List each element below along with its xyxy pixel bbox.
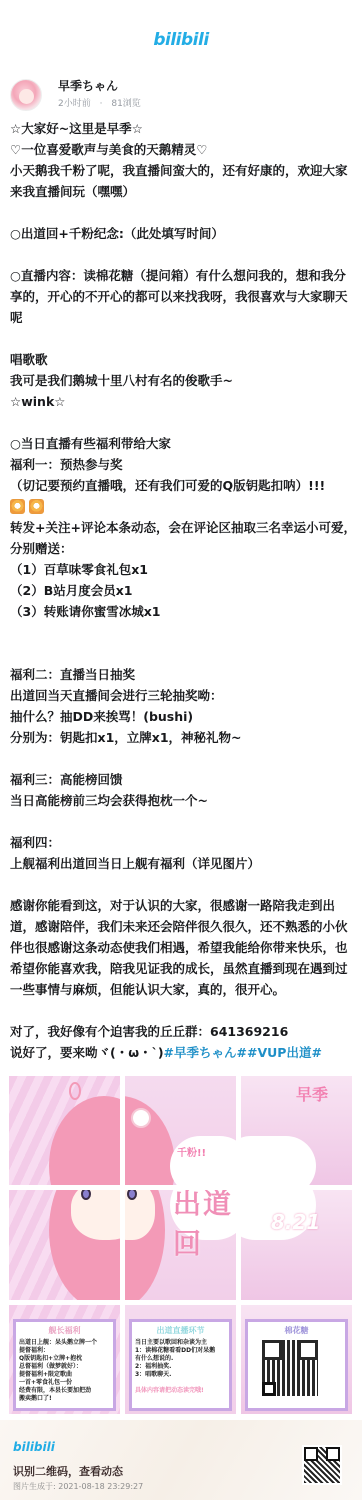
share-footer: bilibili 识别二维码，查看动态 图片生成于: 2021-08-18 23… [0, 1420, 362, 1500]
bilibili-emoji-icon [29, 499, 44, 514]
post-line: 分别为：钥匙扣x1，立牌x1，神秘礼物~ [10, 727, 356, 748]
post-meta: 2小时前 · 81浏览 [58, 97, 141, 111]
post-line: （2）B站月度会员x1 [10, 580, 356, 601]
image-tile[interactable]: 棉花糖 [241, 1305, 352, 1414]
image-tile[interactable]: 千粉!! [125, 1076, 236, 1185]
post-line: 抽什么？抽DD来挨骂！(bushi) [10, 706, 356, 727]
image-tile[interactable] [9, 1076, 120, 1185]
post-line: （3）转账请你蜜雪冰城x1 [10, 601, 356, 622]
banner-title: 出道回 [173, 1190, 236, 1262]
banner-small-text: 千粉!! [177, 1144, 206, 1159]
post-line: 福利四： [10, 832, 356, 853]
topic-link[interactable]: #早季ちゃん# [164, 1045, 247, 1060]
paragraph-gap [10, 328, 356, 349]
post-line: 唱歌歌 [10, 349, 356, 370]
avatar[interactable] [10, 79, 42, 111]
stream-segments-card: 出道直播环节 当日主要以歌回和杂谈为主 1：读棉花糖看看DD们对呆鹅 有什么想说… [129, 1319, 232, 1411]
post-line: 对了，我好像有个迫害我的丘丘群：641369216 [10, 1021, 356, 1042]
image-tile[interactable]: 出道回 [125, 1190, 236, 1299]
share-qr-code[interactable] [302, 1445, 342, 1485]
post-line: （1）百草味零食礼包x1 [10, 559, 356, 580]
post-line: ○直播内容：读棉花糖（提问箱）有什么想问我的，想和我分享的，开心的不开心的都可以… [10, 265, 356, 328]
image-tile[interactable] [9, 1190, 120, 1299]
post-content: ☆大家好~这里是早季☆♡一位喜爱歌声与美食的天鹅精灵♡小天鹅我千粉了呢，我直播间… [10, 118, 356, 1063]
image-tile[interactable]: 舰长福利 出道日上舰：呆头鹅立牌一个 提督福利： Q版钥匙扣+立牌+抱枕 总督福… [9, 1305, 120, 1414]
bilibili-logo: bilibili [0, 30, 362, 50]
image-tile[interactable]: 早季 [241, 1076, 352, 1185]
paragraph-gap [10, 748, 356, 769]
post-line: 小天鹅我千粉了呢，我直播间蛮大的，还有好康的，欢迎大家来我直播间玩（嘿嘿） [10, 160, 356, 202]
author-block: 早季ちゃん 2小时前 · 81浏览 [10, 78, 141, 111]
streamer-logo: 早季 [296, 1082, 328, 1105]
banner-date: 8.21 [271, 1210, 320, 1234]
post-time: 2小时前 [58, 99, 91, 109]
paragraph-gap [10, 202, 356, 223]
author-name[interactable]: 早季ちゃん [58, 78, 141, 94]
paragraph-gap [10, 244, 356, 265]
scan-prompt: 识别二维码，查看动态 [13, 1463, 123, 1479]
paragraph-gap [10, 643, 356, 664]
post-line: 福利一：预热参与奖 [10, 454, 356, 475]
paragraph-gap [10, 1000, 356, 1021]
post-line: 福利三：高能榜回馈 [10, 769, 356, 790]
post-line: 说好了，要来呦ヾ(・ω・`)#早季ちゃん##VUP出道# [10, 1042, 356, 1063]
paragraph-gap [10, 811, 356, 832]
post-line: 福利二：直播当日抽奖 [10, 664, 356, 685]
post-line: ○当日直播有些福利带给大家 [10, 433, 356, 454]
post-line: 当日高能榜前三均会获得抱枕一个~ [10, 790, 356, 811]
bilibili-footer-logo: bilibili [13, 1440, 55, 1454]
post-line: ♡一位喜爱歌声与美食的天鹅精灵♡ [10, 139, 356, 160]
generated-time: 图片生成于: 2021-08-18 23:29:27 [13, 1481, 143, 1492]
post-line: （切记要预约直播哦，还有我们可爱的Q版钥匙扣呐）!!! [10, 475, 356, 496]
post-line: 上舰福利出道回当日上舰有福利（详见图片） [10, 853, 356, 874]
bilibili-emoji-icon [10, 499, 25, 514]
post-line: 转发+关注+评论本条动态，会在评论区抽取三名幸运小可爱，分别赠送： [10, 517, 356, 559]
paragraph-gap [10, 874, 356, 895]
paragraph-gap [10, 622, 356, 643]
post-line: ○出道回+千粉纪念:（此处填写时间） [10, 223, 356, 244]
post-line: 我可是我们鹅城十里八村有名的俊歌手~ [10, 370, 356, 391]
captain-benefits-card: 舰长福利 出道日上舰：呆头鹅立牌一个 提督福利： Q版钥匙扣+立牌+抱枕 总督福… [13, 1319, 116, 1411]
image-tile[interactable]: 8.21 [241, 1190, 352, 1299]
emoji-row [10, 496, 356, 517]
view-count: 81浏览 [111, 99, 140, 109]
post-line: 出道回当天直播间会进行三轮抽奖呦： [10, 685, 356, 706]
post-line: 感谢你能看到这，对于认识的大家，很感谢一路陪我走到出道，感谢陪伴，我们未来还会陪… [10, 895, 356, 1000]
post-line: ☆大家好~这里是早季☆ [10, 118, 356, 139]
image-tile[interactable]: 出道直播环节 当日主要以歌回和杂谈为主 1：读棉花糖看看DD们对呆鹅 有什么想说… [125, 1305, 236, 1414]
post-line: ☆wink☆ [10, 391, 356, 412]
topic-link[interactable]: #VUP出道# [247, 1045, 322, 1060]
post-image[interactable]: 千粉!! 早季 出道回 8.21 舰长福利 出道日上舰：呆头鹅立牌一个 提督福利… [9, 1076, 352, 1414]
paragraph-gap [10, 412, 356, 433]
